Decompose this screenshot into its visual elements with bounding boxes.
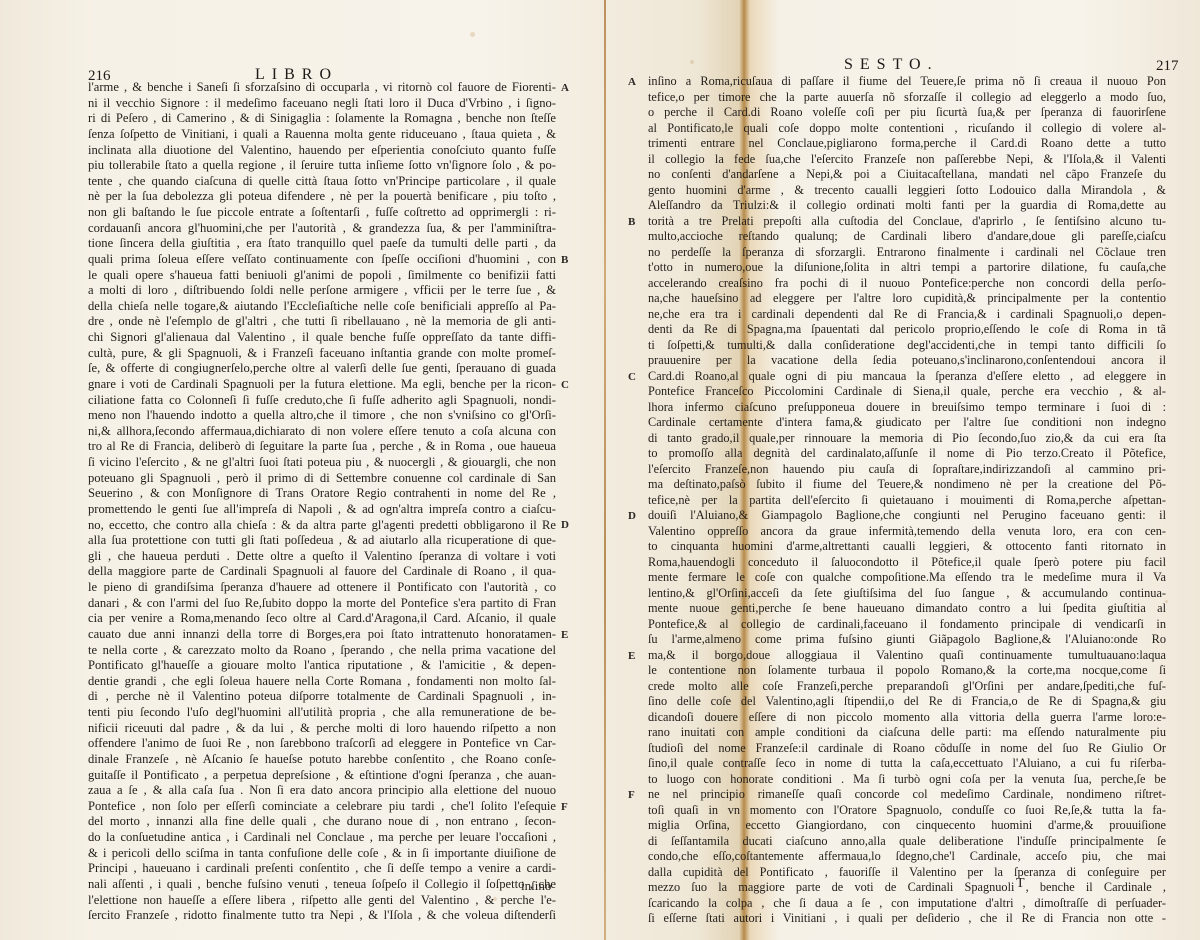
text-line: ſercito Franzeſe , ridotto finalmente tu…: [88, 908, 556, 924]
text-line: non gli baſtando le ſue piccole entrate …: [88, 205, 556, 221]
text-line: cultà, pure, & gli Spagnuoli, & i Franze…: [88, 346, 556, 362]
text-line: dentie grandi , che egli ſoleua hauere n…: [88, 674, 556, 690]
text-line: guitaſſe il Pontificato , a perpetua dep…: [88, 768, 556, 784]
text-line: mezzo ſuo la maggiore parte de voti de C…: [648, 880, 1166, 896]
text-line: ſu l'arme,almeno come prima fuſsino giun…: [648, 632, 1166, 648]
text-line: nali aſſenti , i quali , benche fuſsino …: [88, 877, 556, 893]
text-line: dre , onde nè l'eſemplo de gl'altri , ch…: [88, 314, 556, 330]
text-line: toſi quaſi in vn momento con l'Oratore S…: [648, 803, 1166, 819]
text-line: Seuerino , & con Monſignore di Trans Ora…: [88, 486, 556, 502]
text-line: lentino,& gl'Orſini,acceſi da ſete giuſt…: [648, 586, 1166, 602]
text-line: gento huomini d'arme , & trecento cauall…: [648, 183, 1166, 199]
text-line: piu tollerabile ſtato a quella regione ,…: [88, 158, 556, 174]
text-line: ne nel principio rimaneſſe quaſi concord…: [648, 787, 1166, 803]
text-line: mente nuoue genti,perche ſe bene haueuan…: [648, 601, 1166, 617]
text-line: dinale Franzeſe , nè Aſcanio ſe haueſse …: [88, 752, 556, 768]
text-line: na,che haueſsino ad eleggere per l'altre…: [648, 291, 1166, 307]
text-line: Pontefice , non ſolo per eſſerſi cominci…: [88, 799, 556, 815]
margin-letter: C: [561, 379, 569, 391]
text-line: Card.di Roano,al quale ogni di piu manca…: [648, 369, 1166, 385]
text-line: cordauanſi ancora gl'huomini,che per l'a…: [88, 221, 556, 237]
margin-letter: D: [561, 519, 569, 531]
text-line: di , perche nè il Valentino poteua diſpo…: [88, 689, 556, 705]
margin-letter: E: [628, 650, 635, 662]
text-line: ni il vecchio Signore : il medeſimo face…: [88, 96, 556, 112]
text-line: to cinquanta huomini d'arme,altrettanti …: [648, 539, 1166, 555]
text-line: multo,accioche reſtando qualunq; de Card…: [648, 229, 1166, 245]
text-line: to luogo con honorate conditioni . Ma ſi…: [648, 772, 1166, 788]
text-line: cauato due anni innanzi della torre di B…: [88, 627, 556, 643]
text-line: prauuenire per la vacatione della ſedia …: [648, 353, 1166, 369]
text-line: ſtudioſi del nome Franzeſe:il cardinale …: [648, 741, 1166, 757]
signature-mark: T: [1016, 876, 1025, 892]
text-line: accelerando creaſsino fra pochi di il nu…: [648, 276, 1166, 292]
text-line: meno non l'hauendo indotto a quella altr…: [88, 408, 556, 424]
text-line: Valentino oppreſſo ancora da graue infer…: [648, 524, 1166, 540]
text-line: ſenza ſoſpetto de Vinitiani, i quali a R…: [88, 127, 556, 143]
text-line: ne,che era tra i cardinali dependenti da…: [648, 307, 1166, 323]
text-line: Cardinale certamente d'intera fama,& giu…: [648, 415, 1166, 431]
text-line: le contentione non ſolamente turbaua il …: [648, 663, 1166, 679]
text-line: tenti piu ſecondo l'uſo degl'huomini all…: [88, 705, 556, 721]
text-line: no conſenti d'andarſene a Nepi,& poi a C…: [648, 167, 1166, 183]
text-line: alla ſua protettione con tutti gli ſtati…: [88, 533, 556, 549]
margin-letter: B: [561, 254, 568, 266]
text-line: Principi , haueuano i cardinali preſenti…: [88, 861, 556, 877]
text-line: o perche il Card.di Roano voleſſe coſi p…: [648, 105, 1166, 121]
margin-letter: B: [628, 216, 635, 228]
body-text: l'arme , & benche i Saneſi ſi sforzaſsin…: [88, 80, 556, 924]
text-line: Roma,hauendogli conceduto il ſaluocondot…: [648, 555, 1166, 571]
text-line: te nella corte , & carezzato molto da Ro…: [88, 643, 556, 659]
text-line: della chieſa nelle togare,& aiutando l'E…: [88, 299, 556, 315]
text-line: t'otto in numero,oue la diſunione,ſolita…: [648, 260, 1166, 276]
page-number: 217: [1156, 58, 1179, 75]
text-line: douiſi l'Aluiano,& Giampagolo Baglione,c…: [648, 508, 1166, 524]
text-line: lhora infermo ciaſcuno preſupponeua doue…: [648, 400, 1166, 416]
text-line: zaua a ſe , & alla caſa ſua . Non ſi era…: [88, 783, 556, 799]
text-line: denti da Re di Spagna,ma ſpauentati dal …: [648, 322, 1166, 338]
text-line: Pontefice Franceſco Piccolomini Cardinal…: [648, 384, 1166, 400]
text-line: tente , che quando ciaſcuna di quelle ci…: [88, 174, 556, 190]
text-line: inſino a Roma,ricuſaua di paſſare il fiu…: [648, 74, 1166, 90]
text-line: cia per venire a Roma,menando ſeco oltre…: [88, 611, 556, 627]
text-line: Pontificato gl'haueſſe a giouare molto l…: [88, 658, 556, 674]
text-line: ſcaricando la colpa , che ſi daua a ſe ,…: [648, 896, 1166, 912]
catchword: inſino: [521, 878, 551, 894]
text-line: tefice,nè per la partita dell'eſercito ſ…: [648, 493, 1166, 509]
text-line: mente fermare le coſe con qualche compoſ…: [648, 570, 1166, 586]
text-line: ni,& allhora,ſecondo affermaua,dichiarat…: [88, 424, 556, 440]
text-line: gnare i voti de Cardinali Spagnuoli per …: [88, 377, 556, 393]
text-line: crede molto alle coſe Franzeſi,perche pr…: [648, 679, 1166, 695]
text-line: della maggiore parte de Cardinali Spagnu…: [88, 564, 556, 580]
text-line: l'eſercito Franzeſe,non hauendo piu cauſ…: [648, 462, 1166, 478]
text-line: poteuano gli Spagnuoli , però il primo d…: [88, 471, 556, 487]
text-line: danari , & con l'armi del ſuo Re,ſubito …: [88, 596, 556, 612]
text-line: no, eccetto, che contro alla chieſa : & …: [88, 518, 556, 534]
text-line: ti ſoſpetti,& tumulti,& dalla conſiderat…: [648, 338, 1166, 354]
text-line: torità a tre Prelati prepoſti alla cuſto…: [648, 214, 1166, 230]
margin-letter: A: [628, 76, 636, 88]
text-line: ſi eſſerne ſtati autori i Vinitiani , i …: [648, 911, 1166, 927]
text-line: gli , che haueua perduti . Dette oltre a…: [88, 549, 556, 565]
text-line: ſino delle coſe del Valentino,agli ſtipe…: [648, 694, 1166, 710]
right-page: SESTO. 217 inſino a Roma,ricuſaua di paſ…: [606, 0, 1200, 940]
text-line: dicandoſi douere eſſere di non piccolo m…: [648, 710, 1166, 726]
book-spread: 216 LIBRO l'arme , & benche i Saneſi ſi …: [0, 0, 1200, 940]
text-line: tro al Re di Francia, deliberò di ſeguit…: [88, 439, 556, 455]
text-line: a molti di loro , diſtribuendo ſoldi nel…: [88, 283, 556, 299]
text-line: no perdeſſe la ſperanza di sforzargli. E…: [648, 245, 1166, 261]
text-line: nè per la ſua debolezza gli poteua difen…: [88, 189, 556, 205]
text-line: quali prima ſoleua eſſere veſſato contin…: [88, 252, 556, 268]
text-line: le quali opere s'haueua fatti beniuoli g…: [88, 268, 556, 284]
text-line: ciliatione fatta co Colonneſi ſi fuſſe c…: [88, 393, 556, 409]
margin-letter: D: [628, 510, 636, 522]
running-head: SESTO.: [844, 56, 939, 74]
text-line: to promoſſo alla degnità del cardinalato…: [648, 446, 1166, 462]
text-line: dalla cupidità del Pontificato , fauoriſ…: [648, 865, 1166, 881]
text-line: nificii riceuuti dal padre , & da lui , …: [88, 721, 556, 737]
text-line: rano inuitati con ample conditioni da ci…: [648, 725, 1166, 741]
margin-letter: A: [561, 82, 569, 94]
text-line: di tanto grado,il quale,per rinnouare la…: [648, 431, 1166, 447]
text-line: Aleſſandro da Triulzi:& il collegio ordi…: [648, 198, 1166, 214]
text-line: promettendo le genti ſue all'impreſa di …: [88, 502, 556, 518]
text-line: ſi vicino l'eſercito , & ne gl'altri ſuo…: [88, 455, 556, 471]
text-line: di ſeſſantamila ducati ciaſcuno anno,all…: [648, 834, 1166, 850]
margin-letter: F: [628, 789, 635, 801]
text-line: ri di Peſero , di Camerino , & di Siniga…: [88, 111, 556, 127]
text-line: & i pericoli dello sciſma in tanta confu…: [88, 846, 556, 862]
text-line: il collegio la fede ſua,che l'eſercito F…: [648, 152, 1166, 168]
text-line: ma deſtinato,paſsò ſubito il fiume del T…: [648, 477, 1166, 493]
text-line: Pontefice,& al collegio de cardinali,fac…: [648, 617, 1166, 633]
left-page: 216 LIBRO l'arme , & benche i Saneſi ſi …: [0, 0, 604, 940]
text-line: condo,che eſſo,coſtantemente affermaua,l…: [648, 849, 1166, 865]
text-line: del morto , innanzi alla fine delle qual…: [88, 814, 556, 830]
margin-letter: F: [561, 801, 568, 813]
text-line: al Pontificato,le quali coſe doppo molte…: [648, 121, 1166, 137]
text-line: inclinata alla diuotione del Valentino, …: [88, 143, 556, 159]
text-line: miglia Orſina, eccetto Giangiordano, con…: [648, 818, 1166, 834]
text-line: ma,& il borgo,doue alloggiaua il Valenti…: [648, 648, 1166, 664]
text-line: ſe, & offerte di congiugnerſelo,perche o…: [88, 361, 556, 377]
text-line: ſino,il quale contraſſe ſeco in nome di …: [648, 756, 1166, 772]
margin-letter: E: [561, 629, 568, 641]
text-line: chi Signori gl'alienaua dal Valentino , …: [88, 330, 556, 346]
text-line: do la conſuetudine antica , i Cardinali …: [88, 830, 556, 846]
text-line: trimenti entrare nel Conclaue,pigliarono…: [648, 136, 1166, 152]
body-text: inſino a Roma,ricuſaua di paſſare il fiu…: [648, 74, 1166, 927]
text-line: tione ſincera della giuſtitia , era ſtat…: [88, 236, 556, 252]
text-line: l'elettione non haueſſe a eſſere libera …: [88, 893, 556, 909]
text-line: l'arme , & benche i Saneſi ſi sforzaſsin…: [88, 80, 556, 96]
text-line: le pieno di grandiſsima ſperanza d'hauer…: [88, 580, 556, 596]
text-line: offendere l'animo de ſuoi Re , non ſareb…: [88, 736, 556, 752]
text-line: tefice,o per timore che la parte auuerſa…: [648, 90, 1166, 106]
margin-letter: C: [628, 371, 636, 383]
